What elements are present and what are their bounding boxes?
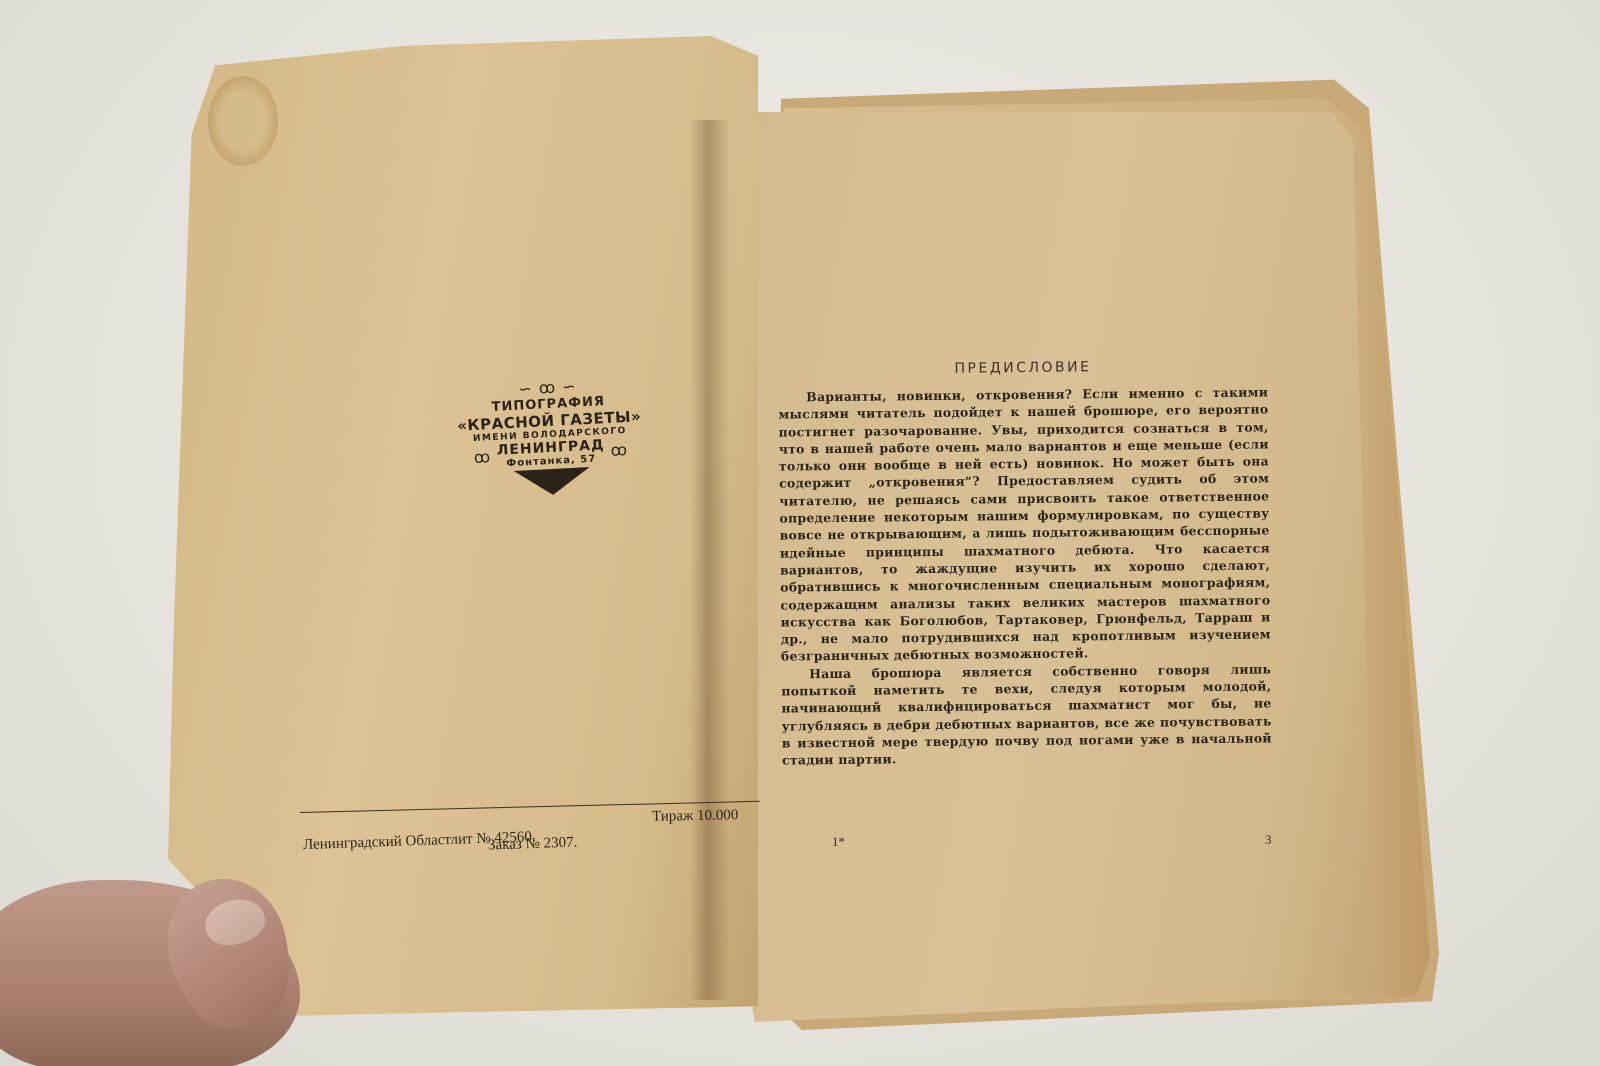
ornament-right-icon: ꝏ: [610, 440, 628, 460]
printer-imprint: ∽ ꝏ ∽ ТИПОГРАФИЯ «КРАСНОЙ ГАЗЕТЫ» ИМЕНИ …: [452, 373, 648, 500]
preface-text-block: ПРЕДИСЛОВИЕ Варианты, новинки, откровени…: [778, 357, 1272, 769]
book-gutter: [690, 120, 730, 1000]
left-page: [168, 36, 758, 1016]
colophon-print-run: Тираж 10.000: [652, 807, 739, 826]
preface-paragraph-2: Наша брошюра является собственно говоря …: [781, 660, 1272, 769]
ornament-left-icon: ꝏ: [473, 447, 491, 467]
page-number: 3: [1265, 832, 1272, 848]
preface-paragraph-1: Варианты, новинки, откровения? Если имен…: [778, 383, 1271, 665]
water-stain: [208, 76, 278, 166]
colophon-order: Заказ № 2307.: [488, 834, 578, 854]
signature-mark: 1*: [832, 834, 845, 850]
triangle-ornament-icon: [514, 467, 591, 497]
